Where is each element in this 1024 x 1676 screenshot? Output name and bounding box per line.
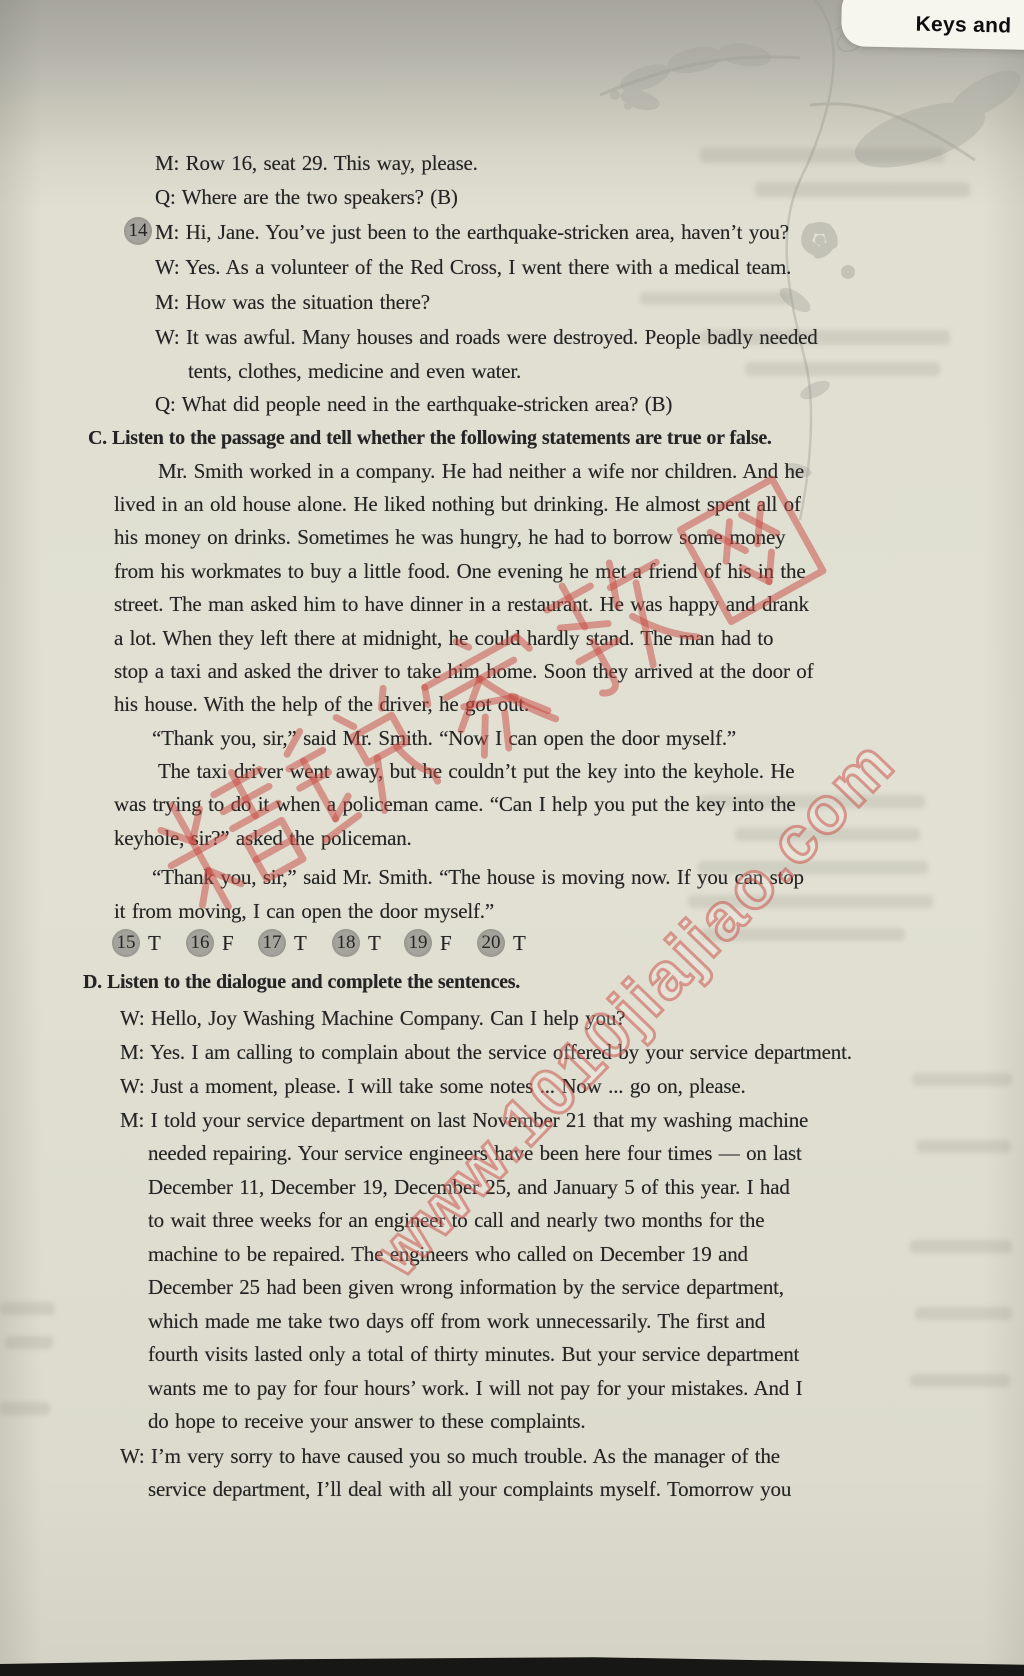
transcript-line: was trying to do it when a policeman cam… [114,791,796,817]
line-text: it from moving, I can open the door myse… [114,899,494,923]
transcript-line: do hope to receive your answer to these … [148,1408,585,1434]
line-text: do hope to receive your answer to these … [148,1409,585,1433]
line-text: Mr. Smith worked in a company. He had ne… [158,459,804,483]
transcript-line: W: Yes. As a volunteer of the Red Cross,… [155,254,791,280]
line-text: M: Hi, Jane. You’ve just been to the ear… [155,220,789,244]
answer-value: F [222,931,234,956]
transcript-line: W: Just a moment, please. I will take so… [120,1073,746,1099]
answer-item: 19F [404,929,452,957]
line-text: The taxi driver went away, but he couldn… [158,759,794,783]
transcript-line: W: Hello, Joy Washing Machine Company. C… [120,1005,625,1031]
answer-number-badge: 16 [186,929,214,957]
line-text: service department, I’ll deal with all y… [148,1477,791,1501]
line-text: fourth visits lasted only a total of thi… [148,1342,799,1366]
line-text: W: I’m very sorry to have caused you so … [120,1444,780,1468]
section-heading: D.Listen to the dialogue and complete th… [83,969,520,995]
transcript-line: lived in an old house alone. He liked no… [114,491,801,517]
transcript-line: it from moving, I can open the door myse… [114,898,494,924]
transcript-line: December 25 had been given wrong informa… [148,1274,784,1300]
keys-header-label: Keys and [915,1,1024,39]
answer-number-badge: 19 [404,929,432,957]
scanned-page: Keys and M: Row 16, seat 29. This way, p… [0,0,1024,1676]
transcript-line: needed repairing. Your service engineers… [148,1140,802,1166]
line-text: wants me to pay for four hours’ work. I … [148,1376,802,1400]
transcript-line: Q: Where are the two speakers? (B) [155,184,458,210]
answer-item: 20T [477,929,526,957]
line-text: M: I told your service department on las… [120,1108,808,1132]
transcript-line: a lot. When they left there at midnight,… [114,625,773,651]
line-text: December 25 had been given wrong informa… [148,1275,784,1299]
line-text: machine to be repaired. The engineers wh… [148,1242,748,1266]
line-text: W: It was awful. Many houses and roads w… [155,325,818,349]
transcript-line: machine to be repaired. The engineers wh… [148,1241,748,1267]
line-text: W: Just a moment, please. I will take so… [120,1074,746,1098]
answer-item: 18T [332,929,381,957]
answer-number-badge: 17 [258,929,286,957]
transcript-line: W: I’m very sorry to have caused you so … [120,1443,780,1469]
line-text: needed repairing. Your service engineers… [148,1141,802,1165]
answer-number-badge: 18 [332,929,360,957]
answer-item: 15T [112,929,161,957]
line-text: his money on drinks. Sometimes he was hu… [114,525,785,549]
item-number-badge: 14 [124,217,152,245]
transcript-line: “Thank you, sir,” said Mr. Smith. “The h… [152,864,804,890]
transcript-line: Q: What did people need in the earthquak… [155,391,672,417]
answer-number-badge: 20 [477,929,505,957]
answer-number-badge: 15 [112,929,140,957]
transcript-line: “Thank you, sir,” said Mr. Smith. “Now I… [152,725,736,751]
line-text: his house. With the help of the driver, … [114,692,529,716]
line-text: M: Yes. I am calling to complain about t… [120,1040,852,1064]
line-text: street. The man asked him to have dinner… [114,592,809,616]
line-text: Listen to the dialogue and complete the … [107,971,520,993]
transcript-text: M: Row 16, seat 29. This way, please.Q: … [0,0,1024,1676]
line-text: M: Row 16, seat 29. This way, please. [155,151,478,175]
transcript-line: from his workmates to buy a little food.… [114,558,805,584]
transcript-line: W: It was awful. Many houses and roads w… [155,324,818,350]
transcript-line: stop a taxi and asked the driver to take… [114,658,813,684]
line-text: a lot. When they left there at midnight,… [114,626,773,650]
answer-value: T [513,931,526,956]
line-text: Q: What did people need in the earthquak… [155,392,672,416]
line-text: “Thank you, sir,” said Mr. Smith. “Now I… [152,726,736,750]
transcript-line: M: Row 16, seat 29. This way, please. [155,150,478,176]
answer-value: T [294,931,307,956]
transcript-line: which made me take two days off from wor… [148,1308,765,1334]
section-label: D. [83,969,107,995]
line-text: M: How was the situation there? [155,290,430,314]
line-text: from his workmates to buy a little food.… [114,559,805,583]
answer-value: T [368,931,381,956]
transcript-line: street. The man asked him to have dinner… [114,591,809,617]
transcript-line: The taxi driver went away, but he couldn… [158,758,794,784]
transcript-line: M: I told your service department on las… [120,1107,808,1133]
transcript-line: Mr. Smith worked in a company. He had ne… [158,458,804,484]
transcript-line: December 11, December 19, December 25, a… [148,1174,790,1200]
section-heading: C.Listen to the passage and tell whether… [88,425,772,451]
transcript-line: M: How was the situation there? [155,289,430,315]
transcript-line: M: Yes. I am calling to complain about t… [120,1039,852,1065]
line-text: Q: Where are the two speakers? (B) [155,185,458,209]
line-text: W: Yes. As a volunteer of the Red Cross,… [155,255,791,279]
line-text: lived in an old house alone. He liked no… [114,492,801,516]
line-text: keyhole, sir?” asked the policeman. [114,826,412,850]
transcript-line: his money on drinks. Sometimes he was hu… [114,524,785,550]
transcript-line: to wait three weeks for an engineer to c… [148,1207,764,1233]
transcript-line: fourth visits lasted only a total of thi… [148,1341,799,1367]
section-label: C. [88,425,112,451]
keys-header-tab: Keys and [841,0,1024,50]
transcript-line: service department, I’ll deal with all y… [148,1476,791,1502]
transcript-line: 14M: Hi, Jane. You’ve just been to the e… [155,219,789,245]
line-text: W: Hello, Joy Washing Machine Company. C… [120,1006,625,1030]
line-text: was trying to do it when a policeman cam… [114,792,796,816]
transcript-line: tents, clothes, medicine and even water. [188,358,521,384]
answer-value: T [148,931,161,956]
answer-value: F [440,931,452,956]
line-text: which made me take two days off from wor… [148,1309,765,1333]
transcript-line: keyhole, sir?” asked the policeman. [114,825,412,851]
line-text: stop a taxi and asked the driver to take… [114,659,813,683]
line-text: December 11, December 19, December 25, a… [148,1175,790,1199]
answer-item: 16F [186,929,234,957]
transcript-line: his house. With the help of the driver, … [114,691,529,717]
transcript-line: wants me to pay for four hours’ work. I … [148,1375,802,1401]
line-text: “Thank you, sir,” said Mr. Smith. “The h… [152,865,804,889]
line-text: tents, clothes, medicine and even water. [188,359,521,383]
answer-item: 17T [258,929,307,957]
line-text: Listen to the passage and tell whether t… [112,427,772,449]
line-text: to wait three weeks for an engineer to c… [148,1208,764,1232]
